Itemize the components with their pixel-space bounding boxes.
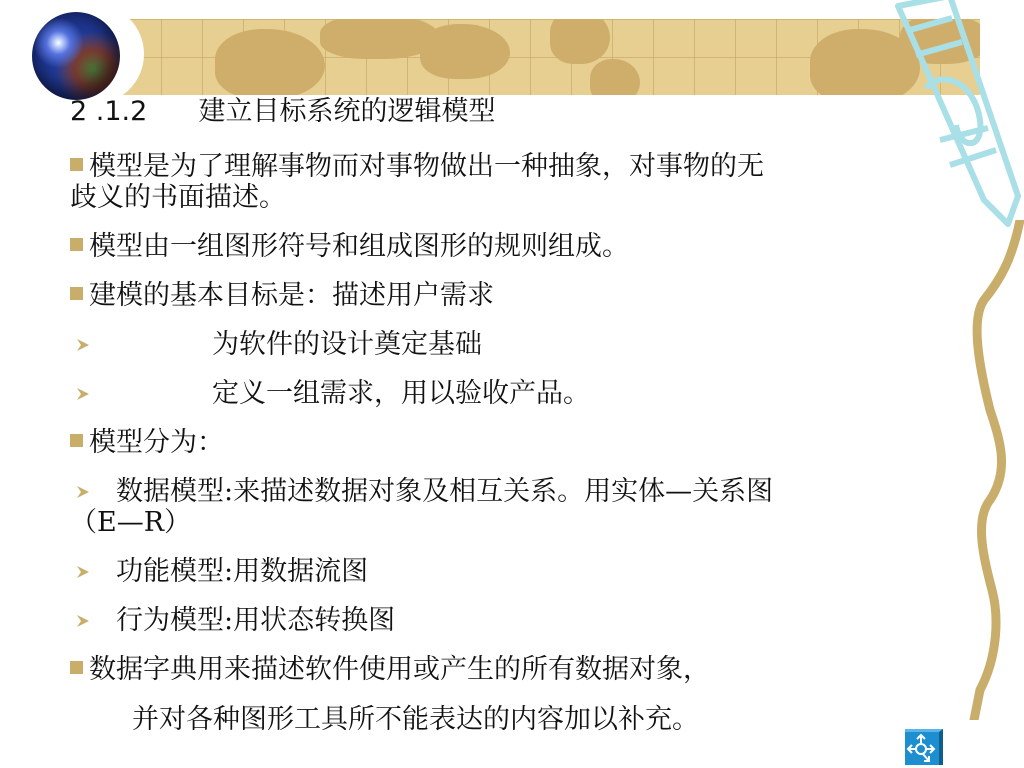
move-arrows-icon	[905, 732, 937, 764]
pen-decoration-icon	[880, 0, 1024, 240]
square-bullet-icon	[70, 158, 83, 171]
bullet-text: 定义一组需求，用以验收产品。	[212, 378, 590, 409]
bullet-text: 并对各种图形工具所不能表达的内容加以补充。	[132, 704, 699, 735]
bullet-text: 数据模型:来描述数据对象及相互关系。用实体—关系图	[116, 476, 773, 507]
bullet-item: 模型分为：	[70, 427, 224, 458]
map-land	[215, 29, 325, 95]
square-bullet-icon	[70, 238, 83, 251]
square-bullet-icon	[70, 287, 83, 300]
bullet-text: 歧义的书面描述。	[70, 182, 286, 213]
bullet-text: 模型分为：	[89, 427, 224, 458]
bullet-text: （E—R）	[70, 507, 191, 538]
world-map-banner	[120, 19, 980, 95]
square-bullet-icon	[70, 434, 83, 447]
navigation-action-button[interactable]	[905, 729, 943, 765]
bullet-continuation: 歧义的书面描述。	[70, 182, 286, 213]
globe-logo-icon	[32, 12, 120, 100]
bullet-text: 功能模型:用数据流图	[116, 556, 368, 587]
bullet-text: 模型是为了理解事物而对事物做出一种抽象，对事物的无	[89, 151, 764, 182]
bullet-continuation: （E—R）	[70, 507, 191, 538]
arrow-bullet-icon	[76, 338, 90, 352]
slide-title-text: 建立目标系统的逻辑模型	[198, 96, 495, 127]
bullet-item: 模型由一组图形符号和组成图形的规则组成。	[70, 231, 629, 262]
square-bullet-icon	[70, 661, 83, 674]
bullet-item: 建模的基本目标是：描述用户需求	[70, 280, 494, 311]
map-land	[590, 59, 640, 95]
bullet-text: 模型由一组图形符号和组成图形的规则组成。	[89, 231, 629, 262]
map-land	[550, 19, 610, 64]
arrow-bullet-icon	[76, 565, 90, 579]
arrow-bullet-icon	[76, 485, 90, 499]
arrow-bullet-icon	[76, 387, 90, 401]
slide-title: 2 .1.2 建立目标系统的逻辑模型	[70, 96, 495, 127]
slide-title-number: 2 .1.2	[70, 96, 147, 127]
bullet-item: 数据字典用来描述软件使用或产生的所有数据对象，	[70, 654, 710, 685]
map-land	[420, 24, 510, 79]
bullet-text: 数据字典用来描述软件使用或产生的所有数据对象，	[89, 654, 710, 685]
rope-decoration-icon	[960, 220, 1024, 720]
bullet-item: 模型是为了理解事物而对事物做出一种抽象，对事物的无	[70, 151, 764, 182]
bullet-text: 建模的基本目标是：描述用户需求	[89, 280, 494, 311]
bullet-text: 为软件的设计奠定基础	[212, 329, 482, 360]
bullet-text: 行为模型:用状态转换图	[116, 605, 395, 636]
bullet-continuation: 并对各种图形工具所不能表达的内容加以补充。	[132, 704, 699, 735]
arrow-bullet-icon	[76, 614, 90, 628]
